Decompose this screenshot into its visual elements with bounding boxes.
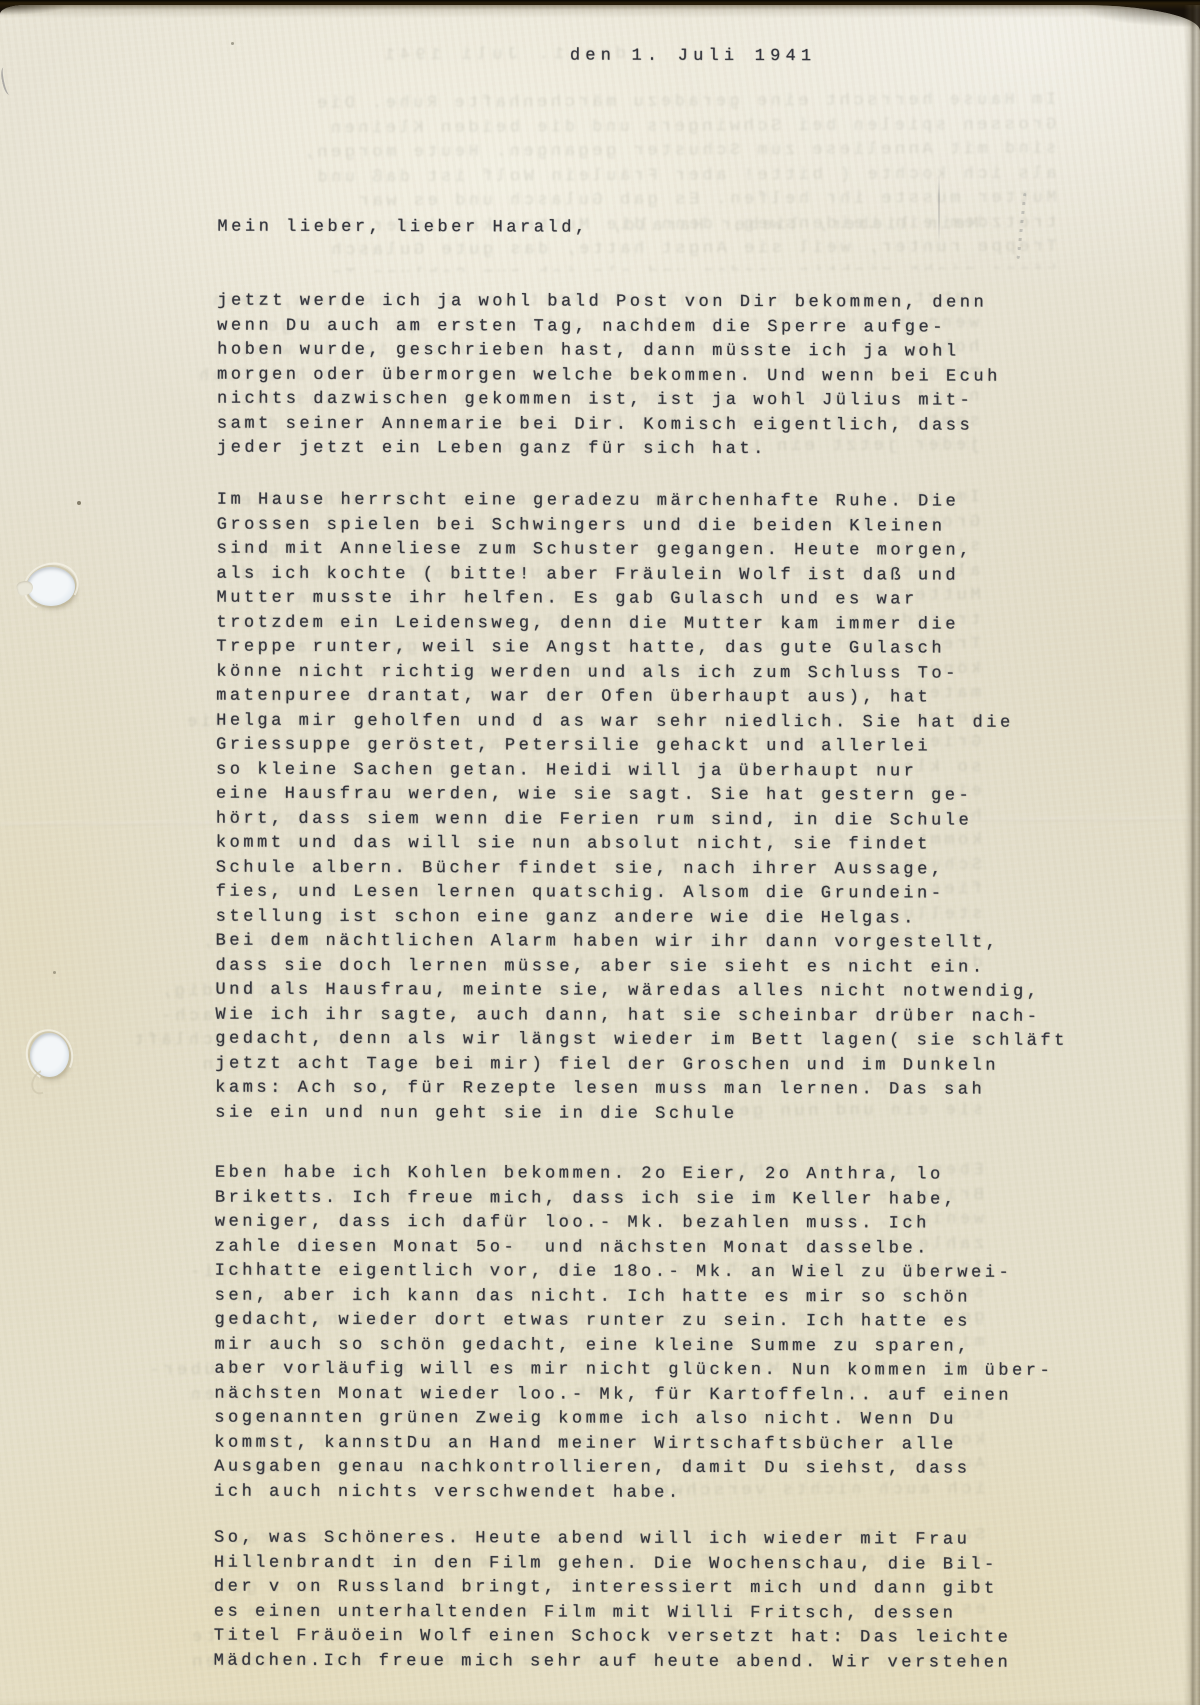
letter-line: fies, und Lesen lernen quatschig. Alsom … (216, 881, 1069, 908)
letter-line: dass sie doch lernen müsse, aber sie sie… (215, 954, 1068, 981)
letter-line: jetzt acht Tage bei mir) fiel der Grosch… (215, 1052, 1068, 1079)
letter-line: Wie ich ihr sagte, auch dann, hat sie sc… (215, 1003, 1068, 1030)
letter-line: gedacht, wieder dort etwas runter zu sei… (215, 1309, 1054, 1336)
letter-line: wenn Du auch am ersten Tag, nachdem die … (217, 314, 1001, 341)
letter-line: Helga mir geholfen und d as war sehr nie… (216, 709, 1069, 736)
letter-line: Hillenbrandt in den Film gehen. Die Woch… (214, 1551, 1012, 1578)
letter-line: ich auch nichts verschwendet habe. (214, 1480, 1053, 1507)
letter-line: hört, dass siem wenn die Ferien rum sind… (216, 807, 1069, 834)
letter-line: morgen oder übermorgen welche bekommen. … (217, 363, 1001, 390)
letter-line: Treppe runter, weil sie Angst hatte, das… (216, 636, 1069, 663)
letter-line: aber vorläufig will es mir nicht glücken… (214, 1358, 1053, 1385)
letter-line: könne nicht richtig werden und als ich z… (216, 660, 1069, 687)
letter-line: sind mit Anneliese zum Schuster gegangen… (217, 538, 1070, 565)
letter-line: Eben habe ich Kohlen bekommen. 2o Eier, … (215, 1162, 1054, 1189)
punch-hole-top (27, 567, 75, 606)
letter-line: jeder jetzt ein Leben ganz für sich hat. (217, 437, 1001, 464)
letter-line: Titel Fräuöein Wolf einen Schock versetz… (214, 1625, 1012, 1652)
letter-line: Bei dem nächtlichen Alarm haben wir ihr … (216, 930, 1069, 957)
letter-line: mir auch so schön gedacht, eine kleine S… (214, 1333, 1053, 1360)
letter-paragraph: Im Hause herrscht eine geradezu märchenh… (215, 489, 1069, 1128)
letter-paragraph: Eben habe ich Kohlen bekommen. 2o Eier, … (214, 1162, 1054, 1507)
letter-paragraph: So, was Schöneres. Heute abend will ich … (214, 1527, 1012, 1676)
letter-line: Im Hause herrscht eine geradezu märchenh… (217, 489, 1070, 516)
letter-date: den 1. Juli 1941 (570, 46, 816, 66)
letter-text: den 1. Juli 1941 Mein lieber, lieber Har… (0, 5, 1200, 1705)
letter-paragraph: jetzt werde ich ja wohl bald Post von Di… (217, 290, 1001, 464)
letter-line: nächsten Monat wieder loo.- Mk, für Kart… (214, 1382, 1053, 1409)
letter-line: stellung ist schon eine ganz andere wie … (216, 905, 1069, 932)
letter-line: es einen unterhaltenden Film mit Willi F… (214, 1600, 1012, 1627)
letter-line: Und als Hausfrau, meinte sie, wäredas al… (215, 979, 1068, 1006)
letter-line: hoben wurde, geschrieben hast, dann müss… (217, 339, 1001, 366)
letter-salutation: Mein lieber, lieber Harald, (217, 218, 588, 238)
letter-line: weniger, dass ich dafür loo.- Mk. bezahl… (215, 1211, 1054, 1238)
letter-line: Mutter musste ihr helfen. Es gab Gulasch… (216, 587, 1069, 614)
letter-line: so kleine Sachen getan. Heidi will ja üb… (216, 758, 1069, 785)
letter-line: kommt und das will sie nun absolut nicht… (216, 832, 1069, 859)
letter-line: matenpuree drantat, war der Ofen überhau… (216, 685, 1069, 712)
letter-line: samt seiner Annemarie bei Dir. Komisch e… (217, 412, 1001, 439)
letter-line: Schule albern. Bücher findet sie, nach i… (216, 856, 1069, 883)
letter-line: als ich kochte ( bitte! aber Fräulein Wo… (216, 562, 1069, 589)
scan-root: { "colors": { "paper": "#e7e2d0", "ink":… (0, 0, 1200, 1705)
letter-page: Im Hause herrscht eine geradezu märchenh… (0, 5, 1200, 1705)
letter-line: gedacht, denn als wir längst wieder im B… (215, 1028, 1068, 1055)
letter-line: eine Hausfrau werden, wie sie sagt. Sie … (216, 783, 1069, 810)
letter-line: So, was Schöneres. Heute abend will ich … (214, 1527, 1012, 1554)
letter-line: nichts dazwischen gekommen ist, ist ja w… (217, 388, 1001, 415)
letter-line: der v on Russland bringt, interessiert m… (214, 1576, 1012, 1603)
letter-line: jetzt werde ich ja wohl bald Post von Di… (217, 290, 1001, 317)
letter-line: kams: Ach so, für Rezepte lesen muss man… (215, 1077, 1068, 1104)
letter-line: Briketts. Ich freue mich, dass ich sie i… (215, 1186, 1054, 1213)
letter-line: sie ein und nun geht sie in die Schule (215, 1101, 1068, 1128)
letter-line: zahle diesen Monat 5o- und nächsten Mona… (215, 1235, 1054, 1262)
letter-line: sen, aber ich kann das nicht. Ich hatte … (215, 1284, 1054, 1311)
letter-line: Griessuppe geröstet, Petersilie gehackt … (216, 734, 1069, 761)
letter-line: sogenannten grünen Zweig komme ich also … (214, 1407, 1053, 1434)
letter-line: Mädchen.Ich freue mich sehr auf heute ab… (214, 1649, 1012, 1676)
letter-line: Ausgaben genau nachkontrollieren, damit … (214, 1456, 1053, 1483)
letter-line: Grossen spielen bei Schwingers und die b… (217, 513, 1070, 540)
letter-line: Ichhatte eigentlich vor, die 18o.- Mk. a… (215, 1260, 1054, 1287)
letter-line: kommst, kannstDu an Hand meiner Wirtscha… (214, 1431, 1053, 1458)
punch-hole-bottom (30, 1033, 69, 1077)
letter-line: trotzdem ein Leidensweg, denn die Mutter… (216, 611, 1069, 638)
